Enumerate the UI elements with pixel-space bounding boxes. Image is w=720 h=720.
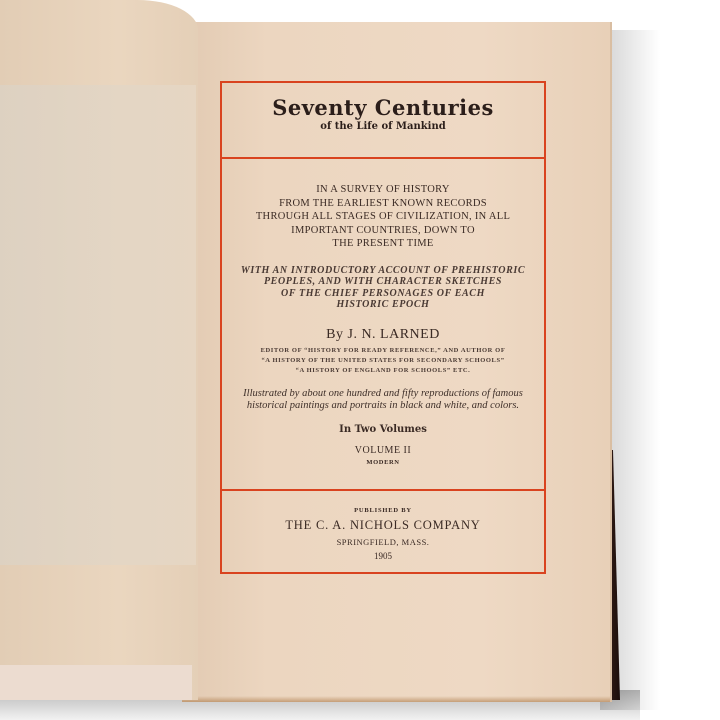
- credit-line: “A HISTORY OF THE UNITED STATES FOR SECO…: [222, 356, 544, 366]
- survey-line: THE PRESENT TIME: [222, 237, 544, 251]
- title-section: Seventy Centuries of the Life of Mankind: [222, 83, 544, 159]
- intro-line: HISTORIC EPOCH: [222, 299, 544, 311]
- volume-count: In Two Volumes: [222, 424, 544, 435]
- survey-line: THROUGH ALL STAGES OF CIVILIZATION, IN A…: [222, 210, 544, 224]
- publisher-name: THE C. A. NICHOLS COMPANY: [222, 518, 544, 533]
- survey-line: FROM THE EARLIEST KNOWN RECORDS: [222, 197, 544, 211]
- survey-line: IN A SURVEY OF HISTORY: [222, 183, 544, 197]
- publisher-city: SPRINGFIELD, MASS.: [222, 537, 544, 547]
- intro-line: OF THE CHIEF PERSONAGES OF EACH: [222, 288, 544, 300]
- illustration-note: Illustrated by about one hundred and fif…: [222, 388, 544, 412]
- credit-line: “A HISTORY OF ENGLAND FOR SCHOOLS” ETC.: [222, 366, 544, 376]
- volume-name: MODERN: [222, 459, 544, 466]
- intro-text: WITH AN INTRODUCTORY ACCOUNT OF PREHISTO…: [222, 265, 544, 311]
- page-edge-foxing: [182, 696, 610, 702]
- underlying-page: [0, 665, 192, 700]
- publisher-section: PUBLISHED BY THE C. A. NICHOLS COMPANY S…: [222, 491, 544, 572]
- volume-number: VOLUME II: [222, 445, 544, 456]
- book-subtitle: of the Life of Mankind: [222, 121, 544, 132]
- intro-line: PEOPLES, AND WITH CHARACTER SKETCHES: [222, 276, 544, 288]
- book-title: Seventy Centuries: [222, 95, 544, 120]
- published-by-label: PUBLISHED BY: [222, 507, 544, 514]
- publication-year: 1905: [222, 551, 544, 561]
- author-line: By J. N. LARNED: [222, 327, 544, 343]
- survey-line: IMPORTANT COUNTRIES, DOWN TO: [222, 224, 544, 238]
- author-credits: EDITOR OF “HISTORY FOR READY REFERENCE,”…: [222, 346, 544, 376]
- illustration-line: historical paintings and portraits in bl…: [222, 400, 544, 412]
- title-frame: Seventy Centuries of the Life of Mankind…: [220, 81, 546, 574]
- credit-line: EDITOR OF “HISTORY FOR READY REFERENCE,”…: [222, 346, 544, 356]
- intro-line: WITH AN INTRODUCTORY ACCOUNT OF PREHISTO…: [222, 265, 544, 277]
- facing-page: [0, 0, 198, 700]
- tissue-guard: [0, 85, 196, 565]
- description-section: IN A SURVEY OF HISTORY FROM THE EARLIEST…: [222, 159, 544, 491]
- illustration-line: Illustrated by about one hundred and fif…: [222, 388, 544, 400]
- survey-text: IN A SURVEY OF HISTORY FROM THE EARLIEST…: [222, 183, 544, 251]
